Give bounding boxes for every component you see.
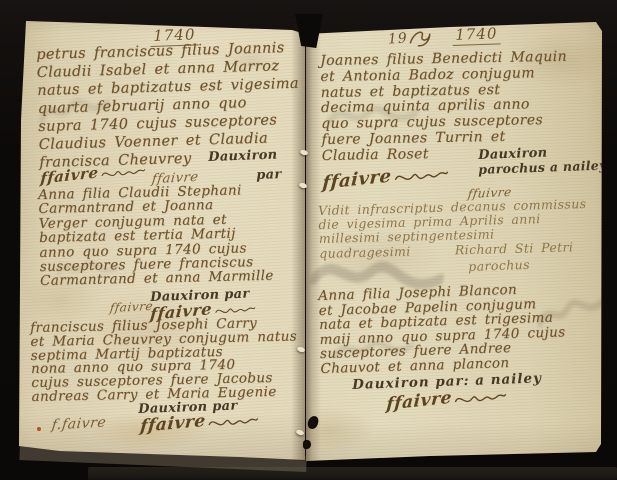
officiant-title: parochus a nailey	[478, 158, 607, 177]
page-number-paraph	[407, 27, 433, 49]
signature-ffaivre: ffaivre	[110, 300, 153, 314]
page-number: 19	[387, 30, 408, 47]
officiant-name: Dauxiron	[208, 148, 278, 165]
red-speck	[37, 427, 41, 431]
manuscript-line: Carmantrand et anna Marmille	[40, 269, 274, 289]
signature-ffaivre: ffaivre	[140, 411, 260, 435]
officiant-suffix: par	[256, 167, 282, 183]
signature-text: ffaivre	[322, 165, 393, 193]
baptism-entry: Anna filia Josephi Blancon et Jacobae Pa…	[318, 281, 567, 376]
visitation-closing: parochus	[468, 257, 530, 274]
book-block-edge	[88, 467, 617, 480]
visitation-note: Vidit infrascriptus decanus commissus di…	[318, 197, 588, 261]
signature-text: ffaivre	[386, 388, 453, 415]
right-year-heading: 1740	[452, 24, 501, 46]
baptism-entry: Anna filia Claudii Stephani Carmantrand …	[38, 183, 274, 289]
signature-paraph	[100, 162, 147, 182]
signature-ffaivre: f.faivre	[52, 416, 106, 432]
manuscript-line: parochus	[468, 257, 530, 274]
signature-paraph	[207, 411, 260, 433]
baptism-entry: franciscus filius Josephi Carry et Maria…	[30, 316, 298, 404]
signature-paraph	[393, 163, 450, 188]
signature-text: ffaivre	[139, 411, 206, 437]
signature-ffaivre: ffaivre	[322, 163, 450, 192]
signature-text: f.faivre	[51, 415, 107, 434]
signature-paraph	[453, 386, 508, 411]
register-scan: 1740 petrus franciscus filius Joannis Cl…	[0, 0, 617, 480]
signature-text: ffaivre	[109, 299, 154, 315]
signature-text: ffaivre	[40, 163, 100, 187]
